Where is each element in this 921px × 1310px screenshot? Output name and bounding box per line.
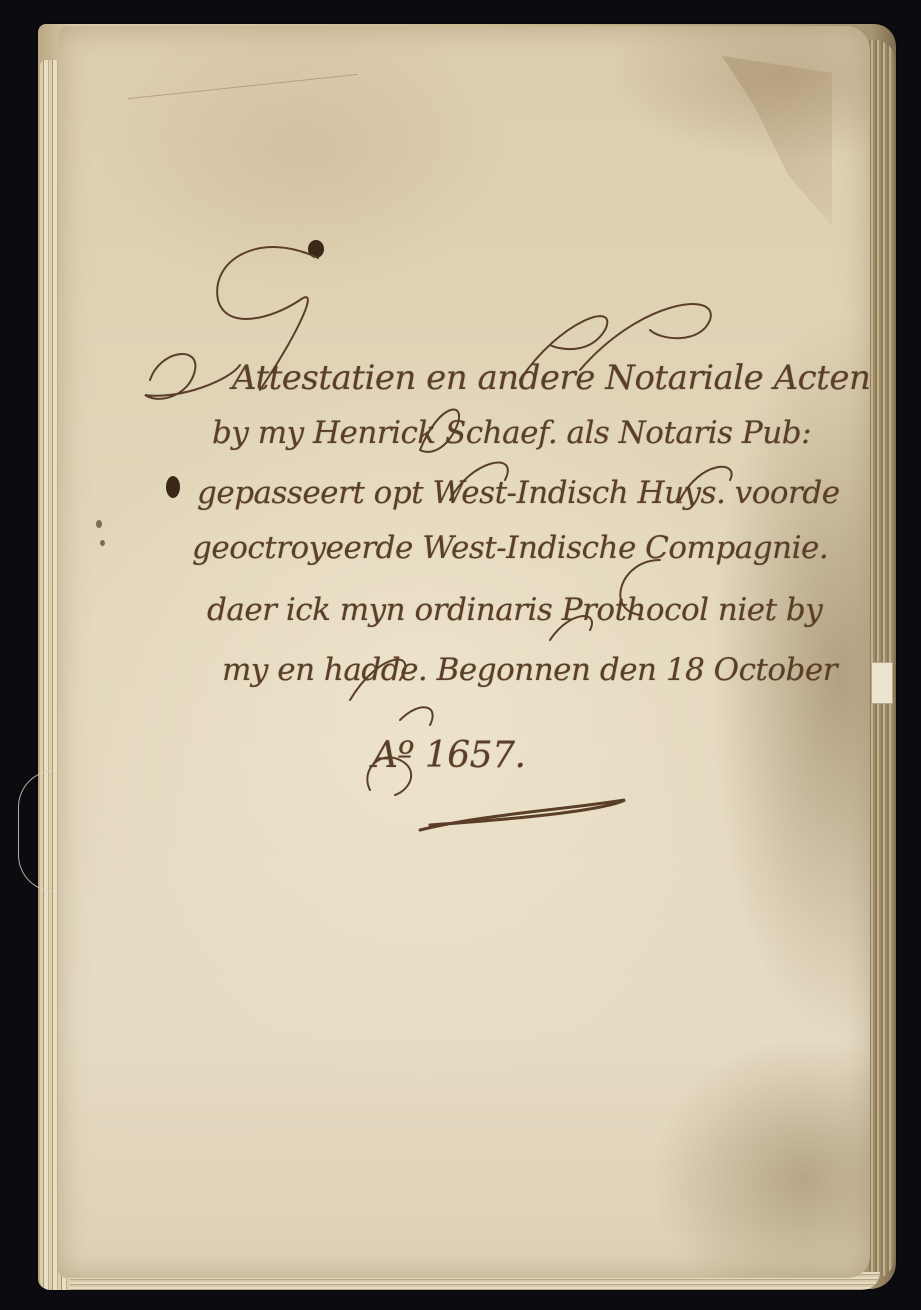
ink-blot: [100, 540, 105, 546]
binding-thread: [18, 770, 55, 892]
torn-corner: [722, 56, 832, 226]
paper-fold: [128, 74, 358, 133]
ink-blot: [308, 240, 324, 258]
text-line-6: my en hadde. Begonnen den 18 October: [222, 652, 837, 688]
page-edges-right: [869, 40, 895, 1280]
ink-blot: [166, 476, 180, 498]
text-line-5: daer ick myn ordinaris Prothocol niet by: [207, 592, 822, 628]
text-line-2: by my Henrick Schaef. als Notaris Pub:: [212, 415, 811, 451]
text-line-1: Attestatien en andere Notariale Acten: [232, 358, 870, 398]
scan-scene: Attestatien en andere Notariale Acten by…: [0, 0, 921, 1310]
ink-blot: [96, 520, 102, 528]
text-line-4: geoctroyeerde West-Indische Compagnie.: [192, 530, 828, 566]
text-line-3: gepasseert opt West-Indisch Huys. voorde: [197, 475, 840, 511]
text-line-date: Aº 1657.: [372, 735, 525, 776]
paper-tab: [871, 662, 893, 704]
